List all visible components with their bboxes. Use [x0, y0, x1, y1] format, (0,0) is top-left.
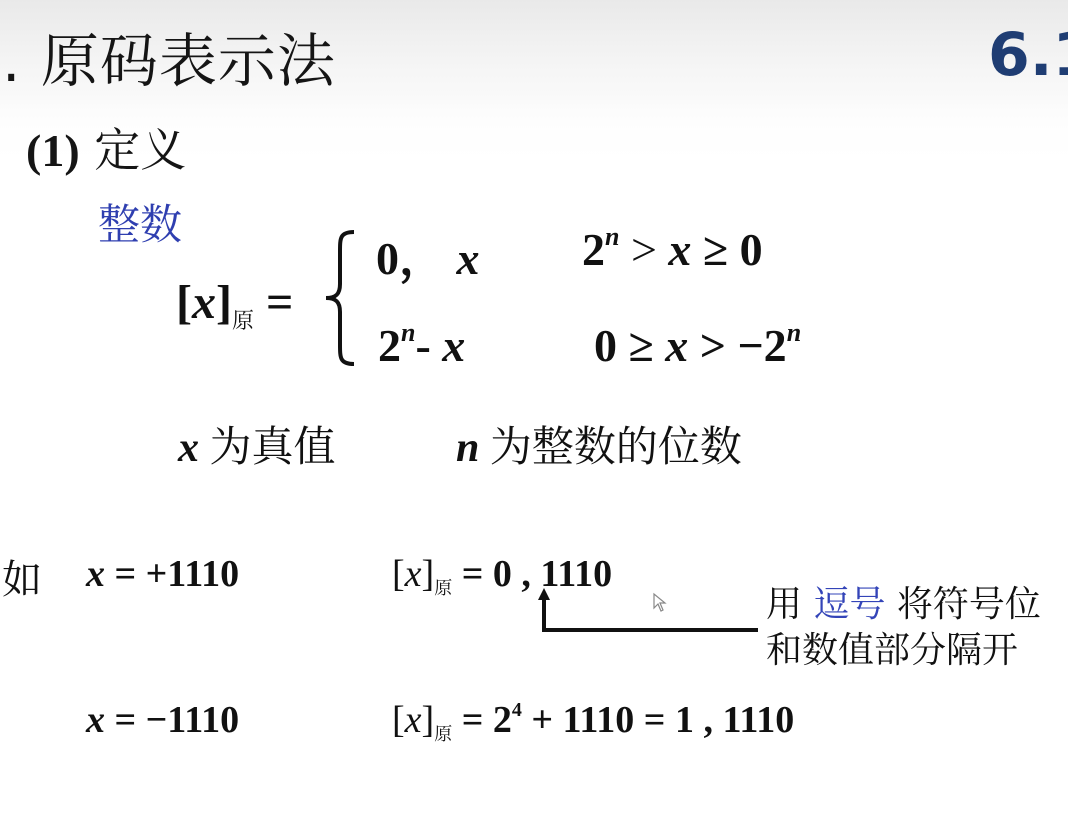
- note-n-bit-count: n 为整数的位数: [456, 414, 742, 474]
- case-1-condition: 2n > x ≥ 0: [582, 222, 763, 276]
- example-label: 如: [2, 548, 42, 605]
- case-2-value: 2n- x: [378, 318, 465, 372]
- callout-line-2: 和数值部分隔开: [766, 622, 1018, 673]
- example-1-input: x = +1110: [86, 552, 239, 596]
- section-number: (1): [26, 125, 80, 176]
- section-heading: (1) 定义: [26, 114, 186, 180]
- slide-title: . 原码表示法: [2, 14, 336, 98]
- callout-line-1: 用 逗号 将符号位: [766, 576, 1041, 627]
- mouse-cursor-icon: [652, 592, 668, 614]
- lhs-equals: =: [266, 276, 293, 329]
- note-x-true-value: x 为真值: [178, 414, 336, 474]
- section-label: 定义: [94, 123, 186, 177]
- definition-lhs: [x]原 =: [176, 275, 293, 335]
- example-2-result: [x]原 = 24 + 1110 = 1 , 1110: [392, 698, 794, 746]
- lhs-subscript: 原: [232, 309, 254, 334]
- case-1-value: 0， x: [376, 222, 480, 288]
- case-2-condition: 0 ≥ x > −2n: [594, 318, 801, 372]
- slide-number: 6.1: [988, 20, 1068, 90]
- example-2-input: x = −1110: [86, 698, 239, 742]
- left-brace-icon: [322, 228, 362, 368]
- callout-highlight: 逗号: [813, 584, 885, 625]
- subsection-heading: 整数: [98, 192, 182, 252]
- lhs-var: x: [192, 276, 216, 329]
- comma-pointer-arrow-icon: [530, 586, 760, 636]
